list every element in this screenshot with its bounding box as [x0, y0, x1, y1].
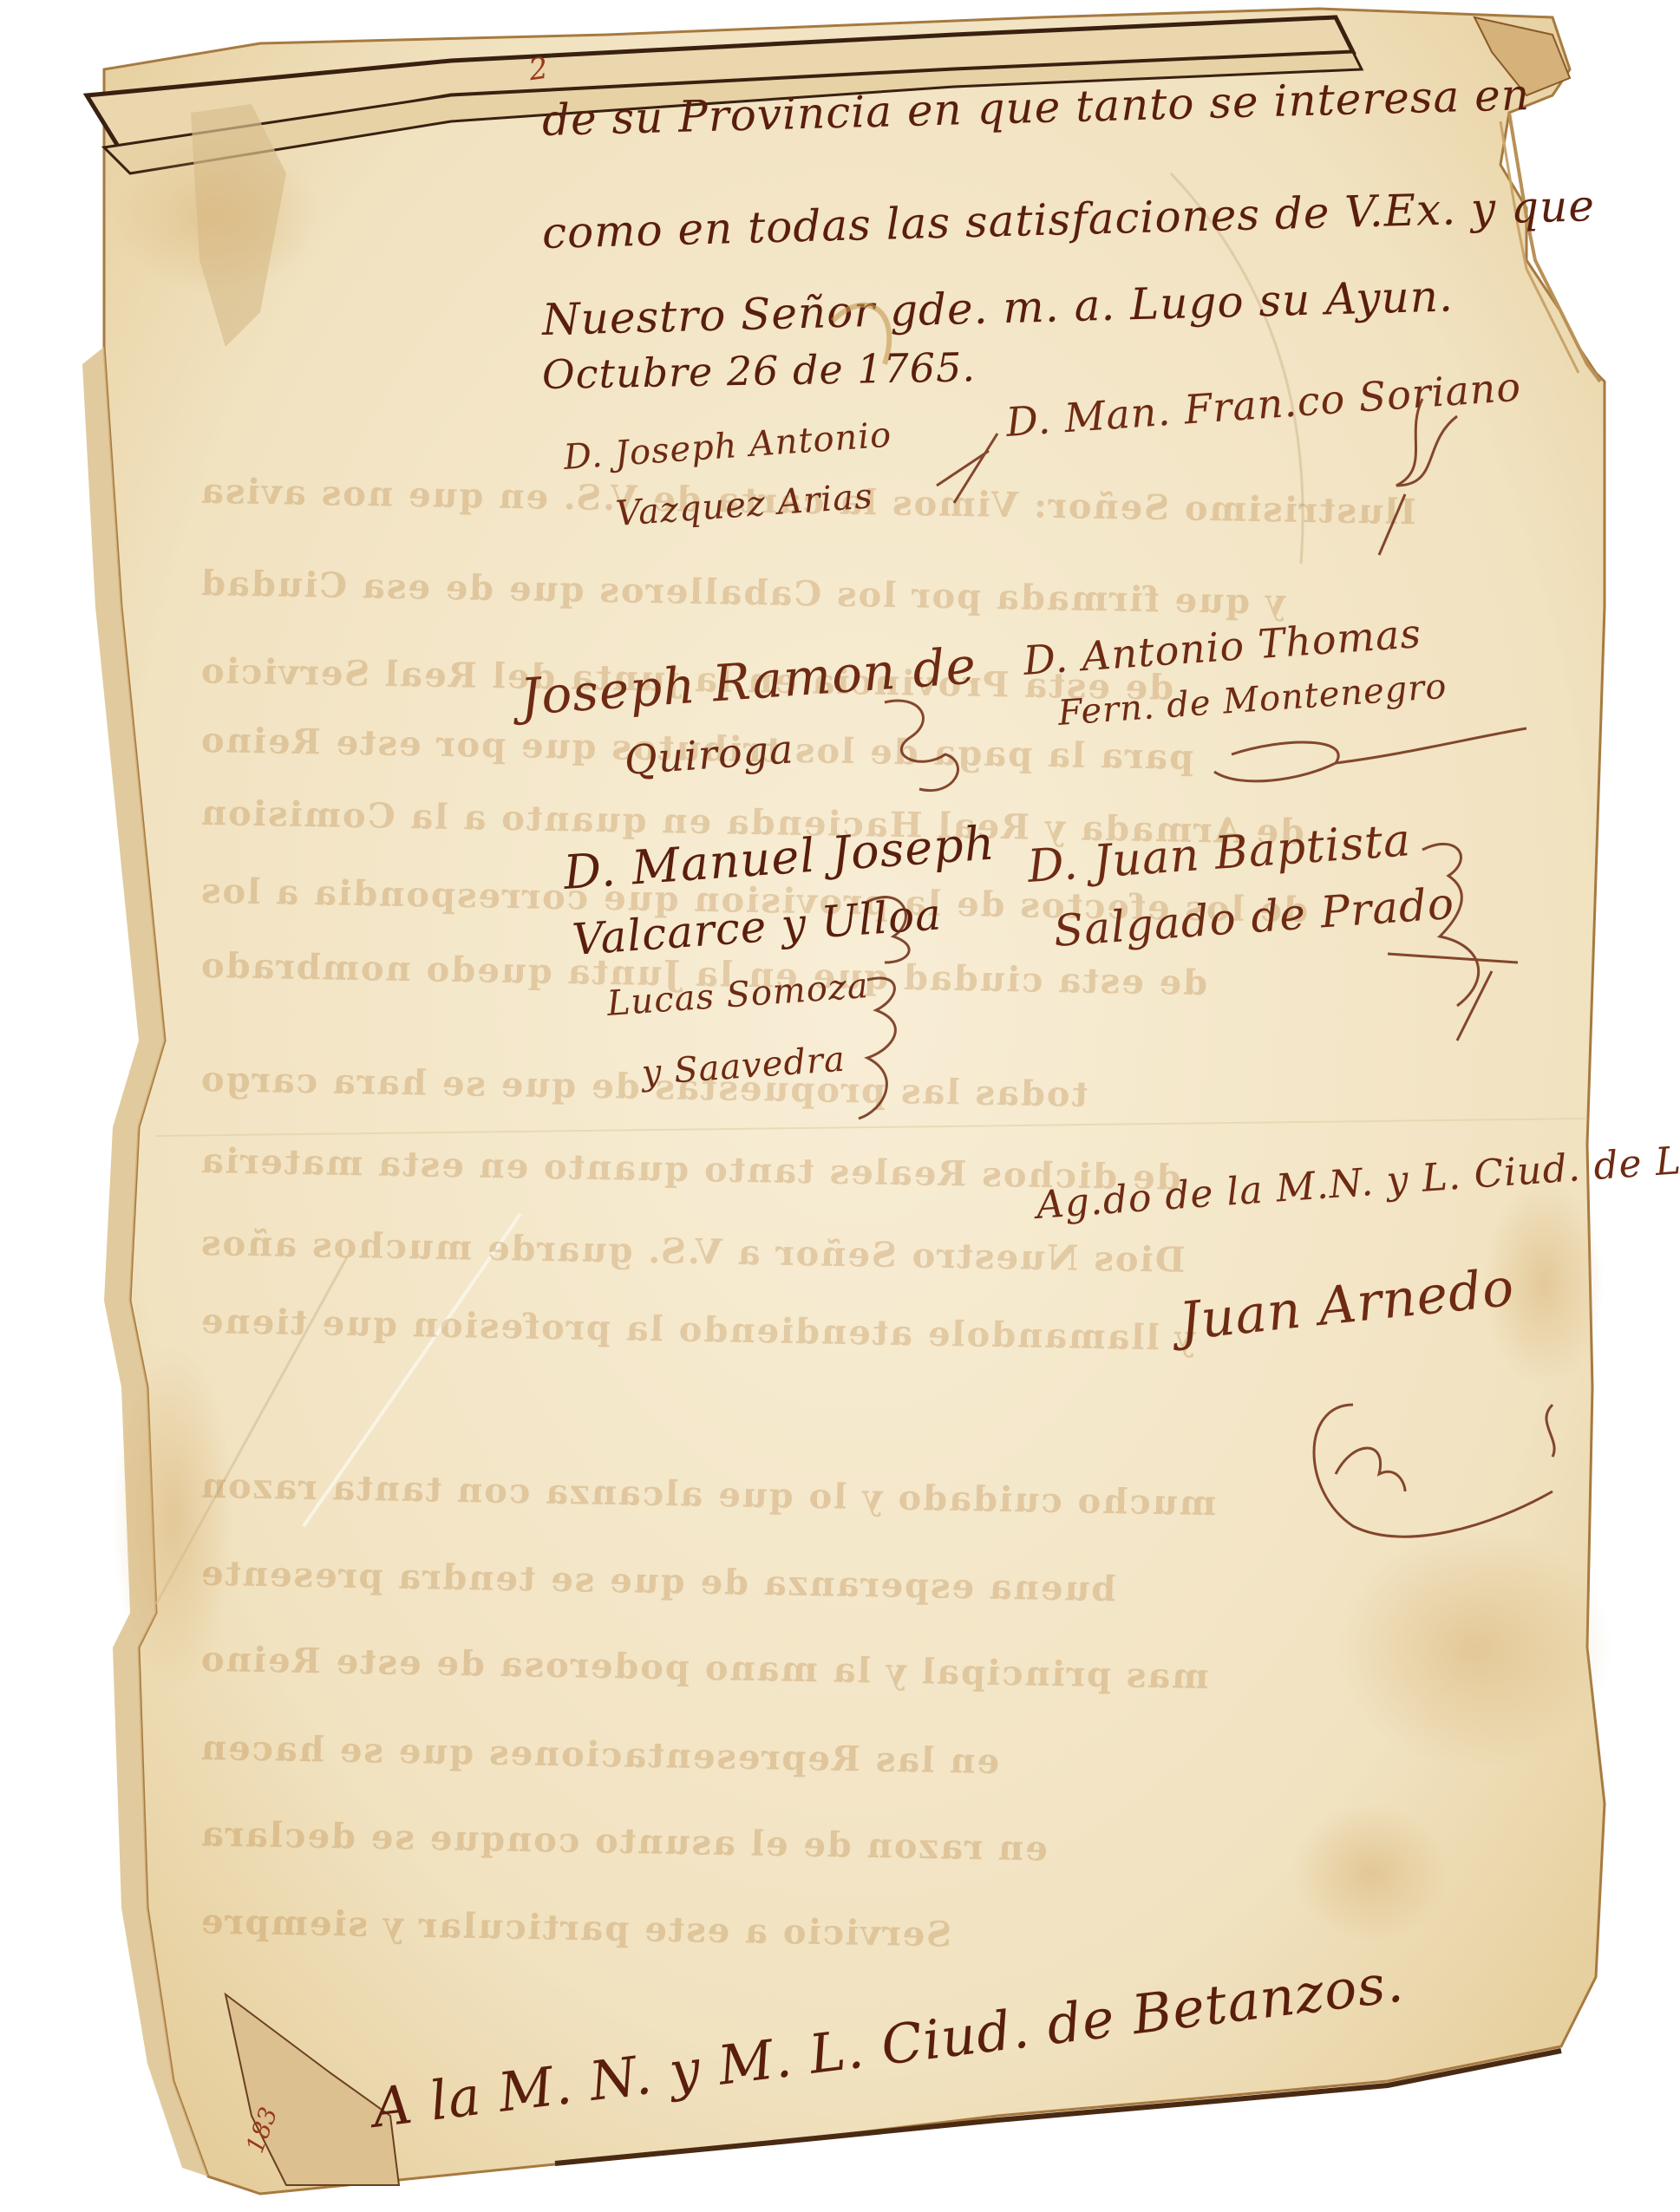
manuscript-page: Ilustrisimo Señor: Vimos la carta de V.S… [0, 0, 1680, 2212]
signature-flourishes [0, 0, 1680, 2212]
